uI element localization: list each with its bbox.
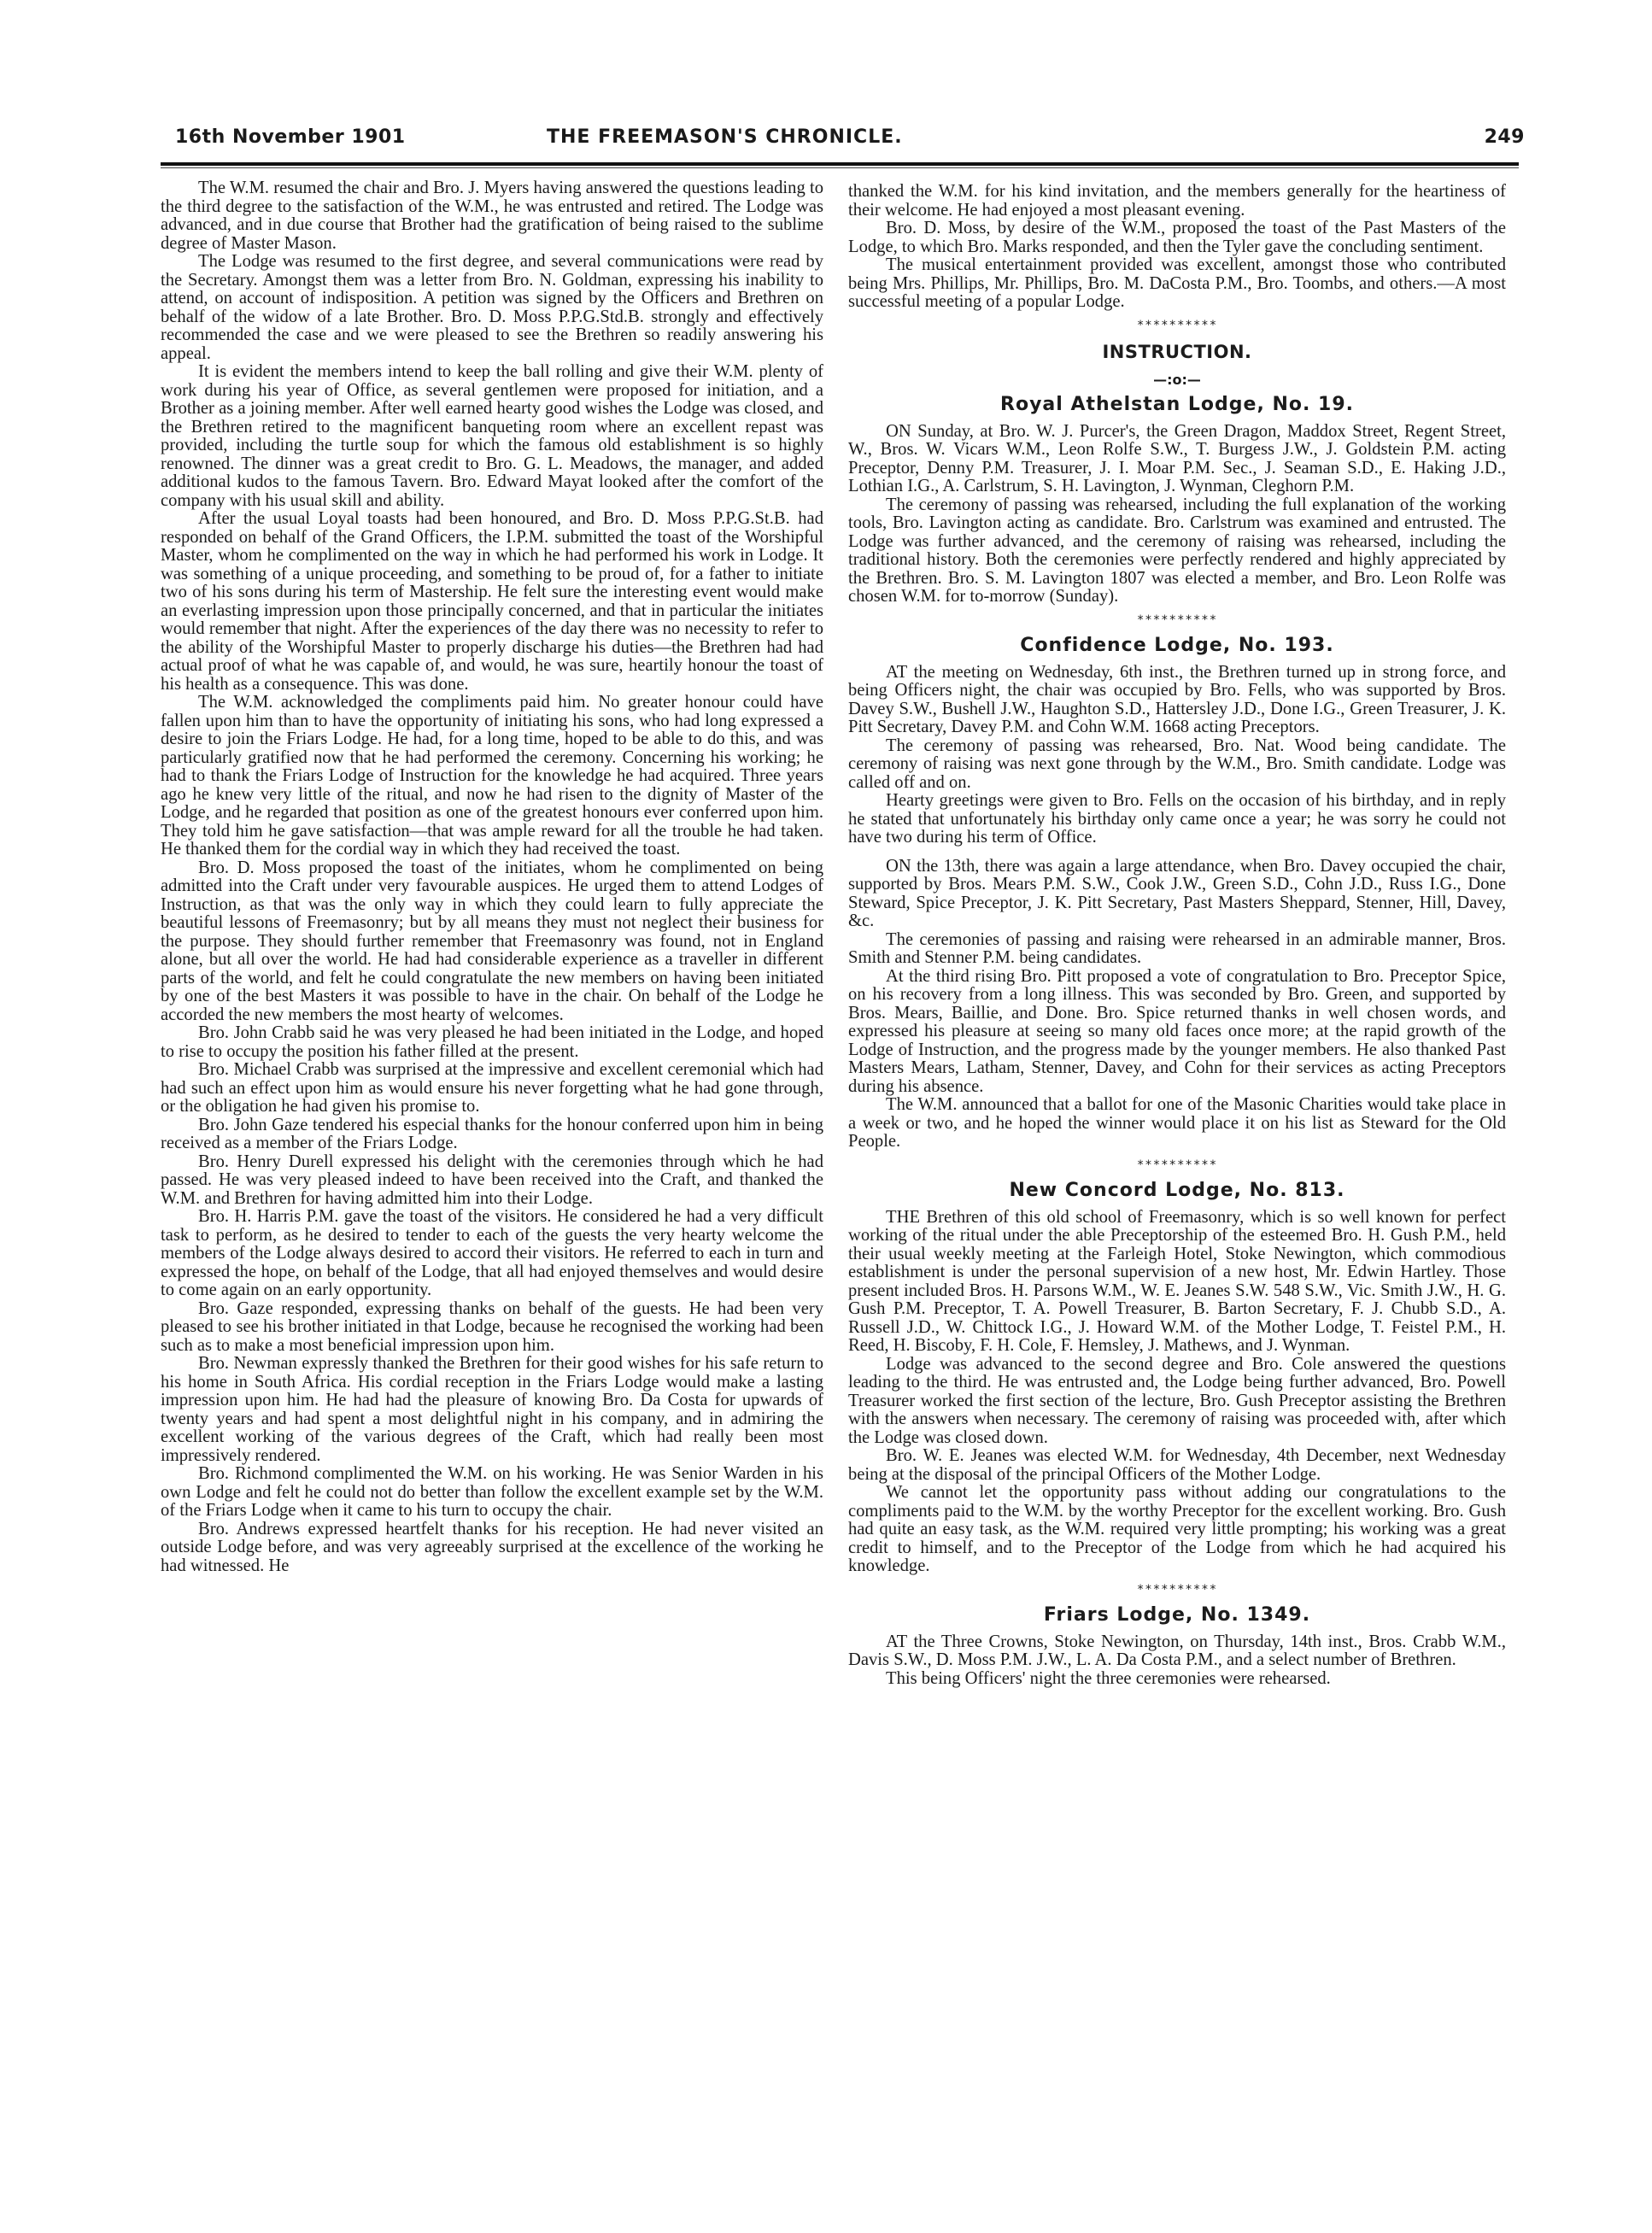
article-paragraph: Hearty greetings were given to Bro. Fell… — [848, 792, 1506, 847]
article-paragraph: AT the Three Crowns, Stoke Newington, on… — [848, 1633, 1506, 1670]
article-paragraph: Bro. Andrews expressed heartfelt thanks … — [161, 1521, 823, 1576]
article-paragraph: Bro. Henry Durell expressed his delight … — [161, 1153, 823, 1209]
article-paragraph: Bro. John Gaze tendered his especial tha… — [161, 1116, 823, 1153]
article-paragraph: After the usual Loyal toasts had been ho… — [161, 510, 823, 694]
article-paragraph: Bro. Newman expressly thanked the Brethr… — [161, 1355, 823, 1465]
article-paragraph: Bro. Gaze responded, expressing thanks o… — [161, 1300, 823, 1356]
lodge-heading-friars: Friars Lodge, No. 1349. — [848, 1606, 1506, 1625]
article-paragraph: AT the meeting on Wednesday, 6th inst., … — [848, 664, 1506, 737]
separator-stars: ********** — [848, 1157, 1506, 1175]
paragraph-gap — [848, 847, 1506, 858]
article-paragraph: Bro. W. E. Jeanes was elected W.M. for W… — [848, 1447, 1506, 1484]
article-paragraph: At the third rising Bro. Pitt proposed a… — [848, 968, 1506, 1097]
masthead: 16th November 1901 THE FREEMASON'S CHRON… — [175, 126, 1525, 152]
article-paragraph: Bro. Michael Crabb was surprised at the … — [161, 1061, 823, 1116]
article-paragraph: Bro. D. Moss proposed the toast of the i… — [161, 859, 823, 1025]
page-number: 249 — [1485, 126, 1525, 148]
article-paragraph: Lodge was advanced to the second degree … — [848, 1356, 1506, 1448]
article-paragraph: Bro. H. Harris P.M. gave the toast of th… — [161, 1208, 823, 1300]
issue-date: 16th November 1901 — [175, 126, 406, 148]
section-heading-instruction: INSTRUCTION. — [848, 343, 1506, 362]
separator-stars: ********** — [848, 612, 1506, 630]
article-paragraph: The ceremonies of passing and raising we… — [848, 931, 1506, 968]
article-paragraph: Bro. D. Moss, by desire of the W.M., pro… — [848, 220, 1506, 256]
article-paragraph: The W.M. announced that a ballot for one… — [848, 1096, 1506, 1152]
separator-stars: ********** — [848, 1581, 1506, 1600]
left-column: The W.M. resumed the chair and Bro. J. M… — [161, 179, 823, 1575]
article-paragraph: The Lodge was resumed to the first degre… — [161, 253, 823, 363]
article-paragraph: The musical entertainment provided was e… — [848, 256, 1506, 312]
article-paragraph: ON the 13th, there was again a large att… — [848, 858, 1506, 931]
header-rule — [161, 162, 1519, 166]
article-paragraph: ON Sunday, at Bro. W. J. Purcer's, the G… — [848, 423, 1506, 496]
article-paragraph: The ceremony of passing was rehearsed, B… — [848, 737, 1506, 793]
lodge-heading-confidence: Confidence Lodge, No. 193. — [848, 636, 1506, 655]
article-paragraph: The W.M. resumed the chair and Bro. J. M… — [161, 179, 823, 253]
header-rule-thin — [161, 167, 1519, 168]
newspaper-page: 16th November 1901 THE FREEMASON'S CHRON… — [0, 0, 1652, 2233]
section-divider: —:o:— — [848, 371, 1506, 390]
separator-stars: ********** — [848, 317, 1506, 336]
article-paragraph: thanked the W.M. for his kind invitation… — [848, 183, 1506, 220]
article-paragraph: It is evident the members intend to keep… — [161, 363, 823, 510]
article-paragraph: The W.M. acknowledged the compliments pa… — [161, 694, 823, 859]
article-paragraph: The ceremony of passing was rehearsed, i… — [848, 496, 1506, 607]
lodge-heading-new-concord: New Concord Lodge, No. 813. — [848, 1181, 1506, 1200]
article-paragraph: Bro. Richmond complimented the W.M. on h… — [161, 1465, 823, 1521]
publication-title: THE FREEMASON'S CHRONICLE. — [547, 126, 903, 148]
right-column: thanked the W.M. for his kind invitation… — [848, 183, 1506, 1688]
article-paragraph: We cannot let the opportunity pass witho… — [848, 1484, 1506, 1576]
article-paragraph: Bro. John Crabb said he was very pleased… — [161, 1024, 823, 1061]
article-paragraph: THE Brethren of this old school of Freem… — [848, 1209, 1506, 1356]
lodge-heading-royal-athelstan: Royal Athelstan Lodge, No. 19. — [848, 396, 1506, 414]
article-paragraph: This being Officers' night the three cer… — [848, 1670, 1506, 1689]
